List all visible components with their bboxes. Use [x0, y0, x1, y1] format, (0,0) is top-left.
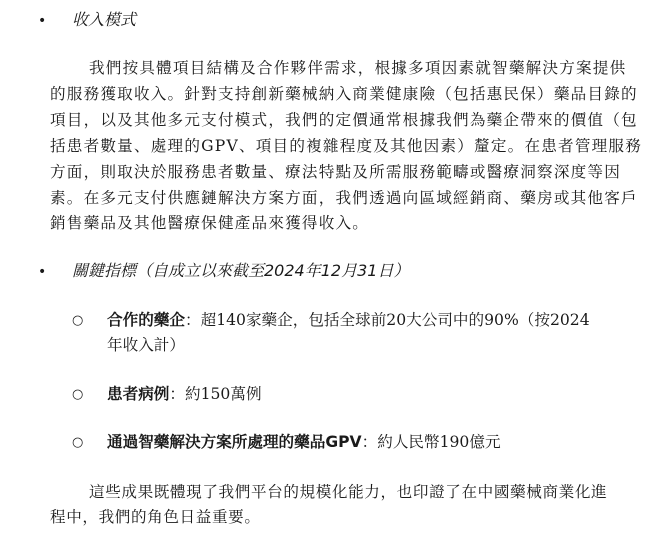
circle-bullet-icon: ○ — [72, 311, 83, 331]
metric-label: 患者病例 — [107, 385, 169, 403]
section-heading-key-metrics: 關鍵指標（自成立以來截至2024年12月31日） — [72, 260, 409, 282]
bullet-icon: • — [38, 262, 46, 282]
paragraph-line: 程中，我們的角色日益重要。 — [50, 507, 261, 527]
metric-line: 合作的藥企：超140家藥企，包括全球前20大公司中的90%（按2024 — [107, 310, 590, 330]
circle-bullet-icon: ○ — [72, 433, 83, 453]
paragraph-line: 素。在多元支付供應鏈解決方案方面，我們透過向區域經銷商、藥房或其他客戶 — [50, 188, 638, 208]
metric-label: 合作的藥企 — [107, 311, 185, 329]
metric-separator: ： — [185, 311, 201, 329]
metric-separator: ： — [362, 433, 378, 451]
metric-line: 患者病例：約150萬例 — [107, 384, 262, 404]
metric-value: 超140家藥企，包括全球前20大公司中的90%（按2024 — [201, 311, 590, 329]
circle-bullet-icon: ○ — [72, 385, 83, 405]
metric-value: 約人民幣190億元 — [377, 433, 500, 451]
paragraph-line: 這些成果既體現了我們平台的規模化能力，也印證了在中國藥械商業化進 — [89, 482, 607, 502]
metric-line: 通過智藥解決方案所處理的藥品GPV：約人民幣190億元 — [107, 432, 501, 452]
bullet-icon: • — [38, 11, 46, 31]
metric-value: 約150萬例 — [185, 385, 262, 403]
paragraph-line: 我們按具體項目結構及合作夥伴需求，根據多項因素就智藥解決方案提供 — [89, 58, 626, 78]
paragraph-line: 方面，則取決於服務患者數量、療法特點及所需服務範疇或醫療洞察深度等因 — [50, 162, 621, 182]
metric-value-continued: 年收入計） — [107, 335, 185, 355]
metric-separator: ： — [169, 385, 185, 403]
paragraph-line: 項目，以及其他多元支付模式，我們的定價通常根據我們為藥企帶來的價值（包 — [50, 110, 638, 130]
paragraph-line: 銷售藥品及其他醫療保健產品來獲得收入。 — [50, 213, 369, 233]
metric-label: 通過智藥解決方案所處理的藥品GPV — [107, 433, 362, 451]
section-heading-revenue-model: 收入模式 — [72, 9, 136, 31]
paragraph-line: 的服務獲取收入。針對支持創新藥械納入商業健康險（包括惠民保）藥品目錄的 — [50, 84, 638, 104]
paragraph-line: 括患者數量、處理的GPV、項目的複雜程度及其他因素）釐定。在患者管理服務 — [50, 136, 642, 156]
